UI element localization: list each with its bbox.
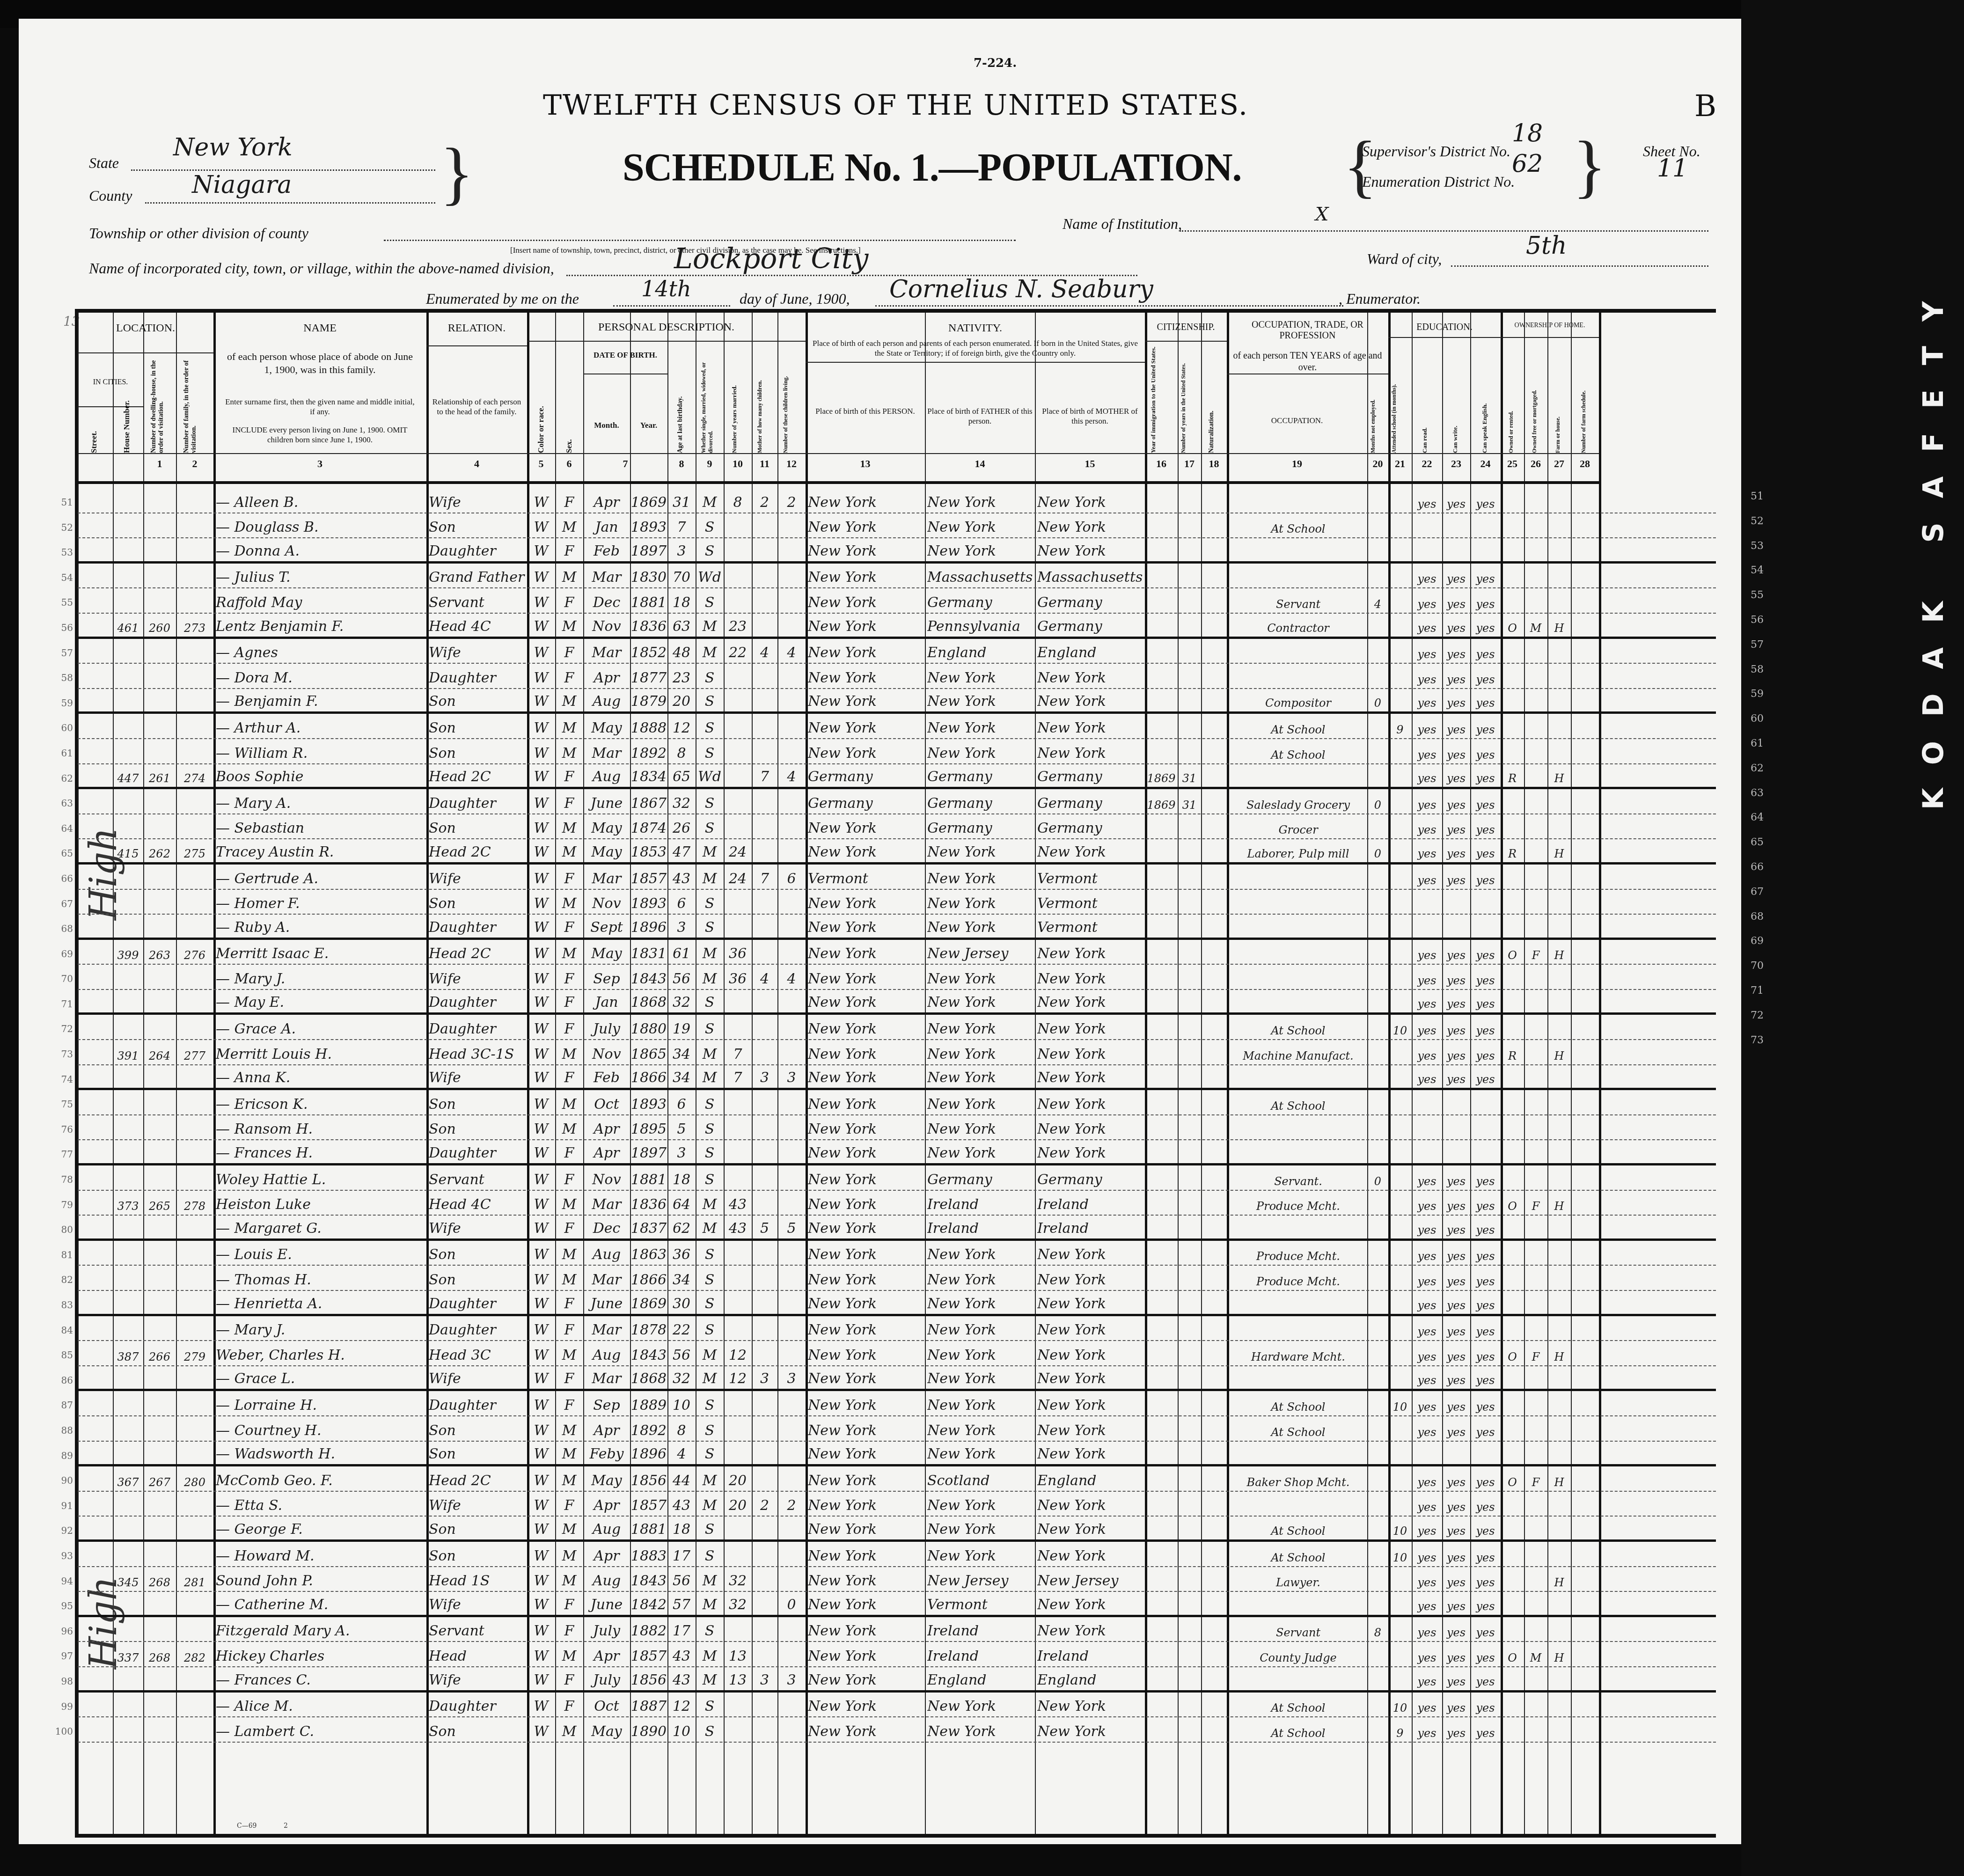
cell-children-living xyxy=(777,1241,806,1265)
cell-dwelling-number xyxy=(143,814,176,839)
cell-sex: F xyxy=(555,1492,583,1516)
cell-dwelling-number: 263 xyxy=(143,940,176,964)
cell-birthplace-person: New York xyxy=(808,1592,925,1615)
cell-school-months xyxy=(1388,1466,1412,1491)
enumerator-name: Cornelius N. Seabury xyxy=(889,275,1153,303)
cell-years-married xyxy=(724,1442,752,1465)
cell-family-number xyxy=(176,1492,213,1516)
cell-birthplace-father: New York xyxy=(927,1316,1035,1341)
cell-months-unemployed xyxy=(1367,814,1388,839)
cell-birth-month: Aug xyxy=(583,764,630,787)
cell-years-married: 8 xyxy=(724,488,752,513)
cell-children-born xyxy=(752,689,777,712)
cell-marital-status: M xyxy=(696,940,724,964)
cell-house-number xyxy=(113,1090,143,1114)
cell-school-months xyxy=(1388,1191,1412,1215)
cell-farm-house: H xyxy=(1547,1341,1571,1365)
cell-children-born xyxy=(752,1442,777,1465)
cell-age: 8 xyxy=(667,739,696,763)
cell-immigration-year xyxy=(1145,538,1178,561)
table-row: 58— Dora M.DaughterWFApr187723SNew YorkN… xyxy=(78,664,1716,689)
cell-age: 3 xyxy=(667,538,696,561)
cell-family-number xyxy=(176,1266,213,1290)
film-edge-text: KODAK SAFETY xyxy=(1917,14,1950,810)
cell-birthplace-mother: Germany xyxy=(1037,764,1145,787)
cell-relation: Daughter xyxy=(429,1316,527,1341)
cell-farm-house xyxy=(1547,890,1571,914)
cell-birthplace-person: New York xyxy=(808,1416,925,1441)
cell-occupation xyxy=(1229,1291,1367,1314)
cell-sex: F xyxy=(555,915,583,938)
cell-dwelling-number xyxy=(143,488,176,513)
cell-marital-status: S xyxy=(696,1165,724,1190)
cell-free-mortgaged xyxy=(1524,1416,1547,1441)
cell-family-number xyxy=(176,1717,213,1742)
city-label: Name of incorporated city, town, or vill… xyxy=(89,260,554,277)
cell-marital-status: M xyxy=(696,865,724,889)
line-number: 60 xyxy=(50,722,73,733)
cell-children-living xyxy=(777,1015,806,1039)
header-relation: RELATION. xyxy=(426,322,527,335)
cell-dwelling-number xyxy=(143,990,176,1013)
cell-person-name: — Howard M. xyxy=(216,1542,426,1566)
cell-color-race: W xyxy=(527,915,555,938)
cell-years-in-us xyxy=(1178,1617,1201,1641)
cell-house-number xyxy=(113,1416,143,1441)
cell-months-unemployed xyxy=(1367,1567,1388,1591)
cell-birth-year: 1893 xyxy=(630,890,667,914)
cell-birth-month: Aug xyxy=(583,1567,630,1591)
cell-children-living xyxy=(777,1466,806,1491)
cell-house-number xyxy=(113,1617,143,1641)
cell-color-race: W xyxy=(527,588,555,613)
cell-school-months xyxy=(1388,990,1412,1013)
cell-relation: Head xyxy=(429,1642,527,1666)
cell-farm-house xyxy=(1547,1617,1571,1641)
cell-marital-status: S xyxy=(696,1015,724,1039)
cell-months-unemployed xyxy=(1367,1015,1388,1039)
cell-immigration-year xyxy=(1145,1090,1178,1114)
cell-person-name: — Donna A. xyxy=(216,538,426,561)
cell-birthplace-person: New York xyxy=(808,588,925,613)
cell-owned-rented xyxy=(1501,990,1524,1013)
table-row: 76— Ransom H.SonWMApr18955SNew YorkNew Y… xyxy=(78,1115,1716,1141)
label-naturalization: Naturalization. xyxy=(1208,383,1216,453)
cell-sex: F xyxy=(555,538,583,561)
cell-children-living xyxy=(777,940,806,964)
cell-birth-month: May xyxy=(583,1466,630,1491)
cell-marital-status: M xyxy=(696,1191,724,1215)
cell-occupation: Hardware Mcht. xyxy=(1229,1341,1367,1365)
cell-owned-rented xyxy=(1501,1492,1524,1516)
cell-years-in-us xyxy=(1178,1316,1201,1341)
cell-owned-rented xyxy=(1501,1391,1524,1415)
cell-farm-schedule xyxy=(1571,488,1599,513)
cell-free-mortgaged xyxy=(1524,513,1547,538)
cell-children-living: 4 xyxy=(777,965,806,989)
cell-years-married xyxy=(724,588,752,613)
table-row: 94345268281Sound John P.Head 1SWMAug1843… xyxy=(78,1567,1716,1592)
cell-dwelling-number xyxy=(143,1717,176,1742)
cell-color-race: W xyxy=(527,1542,555,1566)
cell-owned-rented xyxy=(1501,714,1524,738)
cell-person-name: Woley Hattie L. xyxy=(216,1165,426,1190)
cell-can-read: yes xyxy=(1412,588,1442,613)
cell-children-born: 5 xyxy=(752,1216,777,1238)
state-label: State xyxy=(89,154,119,172)
cell-naturalization xyxy=(1201,1391,1227,1415)
cell-birth-month: Oct xyxy=(583,1693,630,1717)
label-color: Color or race. xyxy=(536,402,546,453)
cell-farm-schedule xyxy=(1571,814,1599,839)
colnum-6: 6 xyxy=(555,458,583,470)
cell-owned-rented xyxy=(1501,1717,1524,1742)
cell-house-number xyxy=(113,739,143,763)
cell-marital-status: S xyxy=(696,1517,724,1539)
cell-farm-house xyxy=(1547,1366,1571,1389)
cell-age: 61 xyxy=(667,940,696,964)
cell-owned-rented xyxy=(1501,1667,1524,1690)
cell-owned-rented xyxy=(1501,1090,1524,1114)
cell-school-months xyxy=(1388,664,1412,688)
cell-sex: F xyxy=(555,639,583,663)
cell-birth-month: Mar xyxy=(583,1191,630,1215)
cell-relation: Son xyxy=(429,1542,527,1566)
cell-birthplace-person: New York xyxy=(808,1466,925,1491)
margin-line-number: 70 xyxy=(1751,954,1779,979)
cell-color-race: W xyxy=(527,1115,555,1140)
header-in-cities: IN CITIES. xyxy=(78,378,143,387)
cell-birthplace-father: New York xyxy=(927,1416,1035,1441)
cell-birthplace-father: New York xyxy=(927,1015,1035,1039)
cell-birthplace-person: New York xyxy=(808,1366,925,1389)
cell-birth-month: Apr xyxy=(583,488,630,513)
cell-family-number: 277 xyxy=(176,1040,213,1064)
cell-years-married: 24 xyxy=(724,839,752,862)
cell-house-number xyxy=(113,1216,143,1238)
cell-birthplace-mother: Ireland xyxy=(1037,1216,1145,1238)
cell-color-race: W xyxy=(527,664,555,688)
cell-birthplace-father: Germany xyxy=(927,764,1035,787)
cell-color-race: W xyxy=(527,940,555,964)
cell-age: 20 xyxy=(667,689,696,712)
cell-dwelling-number: 268 xyxy=(143,1642,176,1666)
cell-marital-status: S xyxy=(696,1416,724,1441)
cell-children-born xyxy=(752,1165,777,1190)
colnum-26: 26 xyxy=(1524,458,1547,470)
cell-naturalization xyxy=(1201,1592,1227,1615)
cell-sex: F xyxy=(555,764,583,787)
line-number: 71 xyxy=(50,998,73,1010)
cell-person-name: — Lorraine H. xyxy=(216,1391,426,1415)
cell-birth-year: 1836 xyxy=(630,614,667,637)
cell-person-name: — Ruby A. xyxy=(216,915,426,938)
cell-immigration-year xyxy=(1145,1115,1178,1140)
cell-age: 8 xyxy=(667,1416,696,1441)
cell-birth-month: Apr xyxy=(583,1140,630,1163)
header-relation-note: Relationship of each person to the head … xyxy=(431,397,522,417)
cell-birth-month: Mar xyxy=(583,739,630,763)
cell-school-months xyxy=(1388,1667,1412,1690)
supervisors-district-label: Supervisor's District No. xyxy=(1362,143,1510,160)
cell-farm-house: H xyxy=(1547,1191,1571,1215)
cell-birthplace-mother: New York xyxy=(1037,1416,1145,1441)
cell-color-race: W xyxy=(527,1667,555,1690)
cell-owned-rented: O xyxy=(1501,1642,1524,1666)
cell-school-months xyxy=(1388,1115,1412,1140)
cell-years-married xyxy=(724,538,752,561)
cell-years-married xyxy=(724,890,752,914)
cell-birthplace-mother: New York xyxy=(1037,1316,1145,1341)
cell-farm-house xyxy=(1547,814,1571,839)
colnum-16: 16 xyxy=(1145,458,1178,470)
cell-marital-status: M xyxy=(696,1466,724,1491)
line-number: 59 xyxy=(50,697,73,709)
cell-birthplace-father: Germany xyxy=(927,789,1035,813)
cell-occupation xyxy=(1229,915,1367,938)
cell-children-born xyxy=(752,739,777,763)
colnum-18: 18 xyxy=(1201,458,1227,470)
cell-farm-schedule xyxy=(1571,1191,1599,1215)
cell-relation: Wife xyxy=(429,865,527,889)
cell-birthplace-mother: New York xyxy=(1037,1291,1145,1314)
colnum-12: 12 xyxy=(777,458,806,470)
cell-color-race: W xyxy=(527,865,555,889)
cell-free-mortgaged xyxy=(1524,965,1547,989)
cell-years-in-us xyxy=(1178,1442,1201,1465)
cell-children-living: 3 xyxy=(777,1366,806,1389)
cell-birth-month: Apr xyxy=(583,664,630,688)
cell-age: 12 xyxy=(667,714,696,738)
cell-marital-status: S xyxy=(696,664,724,688)
cell-can-read: yes xyxy=(1412,1366,1442,1389)
cell-immigration-year xyxy=(1145,488,1178,513)
table-row: 51— Alleen B.WifeWFApr186931M822New York… xyxy=(78,488,1716,513)
line-number: 63 xyxy=(50,798,73,809)
cell-relation: Daughter xyxy=(429,990,527,1013)
cell-farm-house: H xyxy=(1547,614,1571,637)
cell-can-write xyxy=(1442,890,1470,914)
cell-color-race: W xyxy=(527,890,555,914)
cell-relation: Wife xyxy=(429,1667,527,1690)
cell-children-born: 3 xyxy=(752,1667,777,1690)
cell-age: 10 xyxy=(667,1391,696,1415)
cell-family-number: 280 xyxy=(176,1466,213,1491)
cell-farm-schedule xyxy=(1571,1617,1599,1641)
cell-children-born xyxy=(752,915,777,938)
cell-free-mortgaged: F xyxy=(1524,940,1547,964)
cell-years-married: 13 xyxy=(724,1642,752,1666)
cell-relation: Head 1S xyxy=(429,1567,527,1591)
cell-farm-schedule xyxy=(1571,1040,1599,1064)
institution-underline xyxy=(1180,230,1708,232)
cell-family-number xyxy=(176,513,213,538)
cell-marital-status: S xyxy=(696,1291,724,1314)
cell-birthplace-person: New York xyxy=(808,1316,925,1341)
cell-years-married xyxy=(724,915,752,938)
margin-line-number: 58 xyxy=(1751,658,1779,682)
cell-free-mortgaged xyxy=(1524,639,1547,663)
line-number: 55 xyxy=(50,597,73,608)
cell-birth-year: 1868 xyxy=(630,990,667,1013)
cell-immigration-year xyxy=(1145,1040,1178,1064)
cell-owned-rented xyxy=(1501,689,1524,712)
cell-color-race: W xyxy=(527,513,555,538)
line-number: 56 xyxy=(50,622,73,633)
cell-age: 22 xyxy=(667,1316,696,1341)
cell-relation: Son xyxy=(429,739,527,763)
township-label: Township or other division of county xyxy=(89,225,308,242)
line-number: 87 xyxy=(50,1400,73,1411)
cell-years-in-us xyxy=(1178,488,1201,513)
cell-months-unemployed xyxy=(1367,1191,1388,1215)
cell-relation: Daughter xyxy=(429,1391,527,1415)
cell-can-read: yes xyxy=(1412,488,1442,513)
cell-birthplace-mother: New York xyxy=(1037,1693,1145,1717)
cell-sex: F xyxy=(555,1316,583,1341)
cell-birthplace-person: New York xyxy=(808,1015,925,1039)
cell-sex: F xyxy=(555,789,583,813)
cell-house-number xyxy=(113,538,143,561)
cell-occupation xyxy=(1229,1492,1367,1516)
cell-family-number: 282 xyxy=(176,1642,213,1666)
cell-owned-rented: O xyxy=(1501,1191,1524,1215)
cell-owned-rented xyxy=(1501,664,1524,688)
label-farm-house: Farm or house. xyxy=(1554,392,1561,453)
cell-immigration-year xyxy=(1145,839,1178,862)
cell-person-name: — May E. xyxy=(216,990,426,1013)
cell-color-race: W xyxy=(527,1165,555,1190)
cell-farm-schedule xyxy=(1571,965,1599,989)
cell-birthplace-mother: New York xyxy=(1037,664,1145,688)
cell-school-months xyxy=(1388,1291,1412,1314)
cell-can-write xyxy=(1442,1115,1470,1140)
cell-school-months xyxy=(1388,1592,1412,1615)
header-name-note: of each person whose place of abode on J… xyxy=(223,350,417,376)
cell-school-months xyxy=(1388,689,1412,712)
cell-birthplace-mother: England xyxy=(1037,1466,1145,1491)
cell-owned-rented: O xyxy=(1501,1341,1524,1365)
cell-marital-status: M xyxy=(696,965,724,989)
cell-occupation: Servant xyxy=(1229,588,1367,613)
cell-immigration-year xyxy=(1145,1216,1178,1238)
cell-color-race: W xyxy=(527,1466,555,1491)
cell-occupation: At School xyxy=(1229,1542,1367,1566)
cell-can-write: yes xyxy=(1442,664,1470,688)
line-number: 82 xyxy=(50,1274,73,1285)
table-row: 57— AgnesWifeWFMar185248M2244New YorkEng… xyxy=(78,639,1716,664)
cell-occupation: Contractor xyxy=(1229,614,1367,637)
cell-person-name: — Grace L. xyxy=(216,1366,426,1389)
cell-months-unemployed: 8 xyxy=(1367,1617,1388,1641)
cell-occupation: At School xyxy=(1229,1693,1367,1717)
cell-can-speak: yes xyxy=(1470,865,1501,889)
line-number: 93 xyxy=(50,1550,73,1561)
schedule-title: SCHEDULE No. 1.—POPULATION. xyxy=(623,145,1242,191)
cell-color-race: W xyxy=(527,689,555,712)
cell-occupation: Produce Mcht. xyxy=(1229,1266,1367,1290)
cell-birth-month: July xyxy=(583,1667,630,1690)
cell-birthplace-father: New York xyxy=(927,1542,1035,1566)
cell-occupation: County Judge xyxy=(1229,1642,1367,1666)
cell-birth-year: 1897 xyxy=(630,538,667,561)
cell-owned-rented xyxy=(1501,1693,1524,1717)
cell-owned-rented xyxy=(1501,1140,1524,1163)
cell-owned-rented xyxy=(1501,1015,1524,1039)
cell-birthplace-person: New York xyxy=(808,538,925,561)
cell-farm-house xyxy=(1547,714,1571,738)
cell-occupation xyxy=(1229,564,1367,588)
cell-birthplace-mother: New York xyxy=(1037,1492,1145,1516)
header-personal: PERSONAL DESCRIPTION. xyxy=(527,321,806,334)
margin-line-number: 62 xyxy=(1751,756,1779,781)
cell-dwelling-number xyxy=(143,1216,176,1238)
cell-can-read: yes xyxy=(1412,940,1442,964)
cell-can-speak: yes xyxy=(1470,1065,1501,1088)
line-number: 58 xyxy=(50,672,73,683)
cell-color-race: W xyxy=(527,1065,555,1088)
cell-can-read: yes xyxy=(1412,1241,1442,1265)
cell-months-unemployed xyxy=(1367,1316,1388,1341)
cell-occupation: Saleslady Grocery xyxy=(1229,789,1367,813)
table-row: 82— Thomas H.SonWMMar186634SNew YorkNew … xyxy=(78,1266,1716,1291)
cell-family-number xyxy=(176,1391,213,1415)
cell-house-number xyxy=(113,965,143,989)
cell-birth-year: 1881 xyxy=(630,588,667,613)
cell-children-living: 3 xyxy=(777,1065,806,1088)
cell-farm-schedule xyxy=(1571,1015,1599,1039)
line-number: 64 xyxy=(50,823,73,834)
cell-birthplace-father: New York xyxy=(927,1717,1035,1742)
cell-farm-schedule xyxy=(1571,865,1599,889)
cell-school-months xyxy=(1388,1316,1412,1341)
cell-years-married xyxy=(724,1291,752,1314)
cell-free-mortgaged xyxy=(1524,1592,1547,1615)
cell-years-married xyxy=(724,1241,752,1265)
cell-birthplace-mother: New York xyxy=(1037,990,1145,1013)
cell-months-unemployed: 0 xyxy=(1367,839,1388,862)
cell-owned-rented xyxy=(1501,789,1524,813)
cell-farm-house xyxy=(1547,538,1571,561)
cell-birth-year: 1882 xyxy=(630,1617,667,1641)
cell-can-read xyxy=(1412,1140,1442,1163)
cell-years-married: 13 xyxy=(724,1667,752,1690)
cell-children-born xyxy=(752,538,777,561)
cell-months-unemployed xyxy=(1367,1140,1388,1163)
cell-birthplace-person: New York xyxy=(808,814,925,839)
cell-owned-rented xyxy=(1501,1115,1524,1140)
cell-family-number xyxy=(176,890,213,914)
cell-relation: Servant xyxy=(429,1165,527,1190)
label-marital: Whether single, married, widowed, or div… xyxy=(700,350,719,453)
cell-years-in-us: 31 xyxy=(1178,764,1201,787)
cell-family-number xyxy=(176,639,213,663)
cell-can-speak: yes xyxy=(1470,664,1501,688)
table-row: 56461260273Lentz Benjamin F.Head 4CWMNov… xyxy=(78,614,1716,639)
colnum-22: 22 xyxy=(1412,458,1442,470)
cell-relation: Son xyxy=(429,1517,527,1539)
cell-birthplace-mother: New York xyxy=(1037,1015,1145,1039)
cell-sex: M xyxy=(555,564,583,588)
cell-birth-month: May xyxy=(583,814,630,839)
cell-birthplace-person: New York xyxy=(808,1693,925,1717)
cell-school-months xyxy=(1388,1617,1412,1641)
cell-years-married xyxy=(724,1542,752,1566)
cell-can-speak: yes xyxy=(1470,1642,1501,1666)
cell-birth-month: June xyxy=(583,1291,630,1314)
cell-relation: Daughter xyxy=(429,915,527,938)
cell-age: 65 xyxy=(667,764,696,787)
